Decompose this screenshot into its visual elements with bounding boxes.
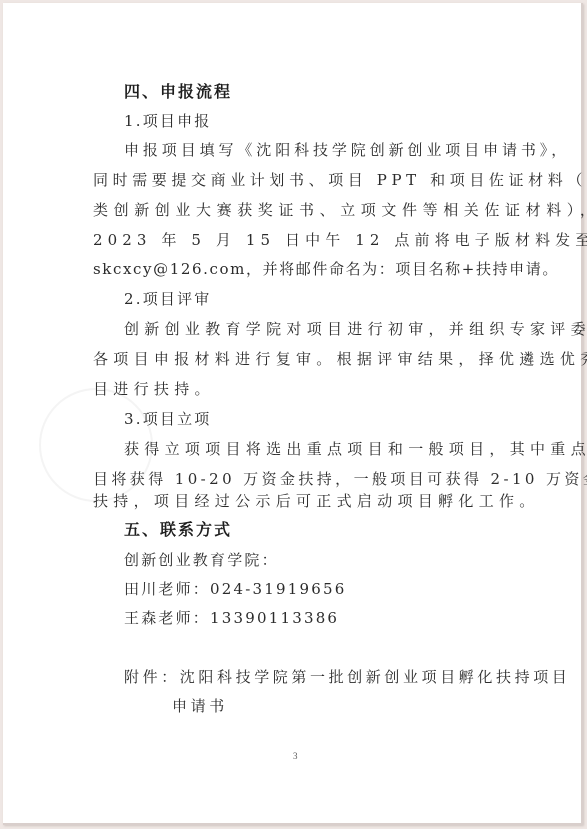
page-number: 3 (293, 751, 298, 761)
contact-wang-sen: 王森老师：13390113386 (124, 608, 534, 628)
paragraph-line: 目进行扶持。 (93, 379, 503, 399)
attachment-line: 附件：沈阳科技学院第一批创新创业项目孵化扶持项目 (124, 667, 534, 687)
section-heading-application-process: 四、申报流程 (124, 82, 534, 102)
paragraph-line: 创新创业教育学院对项目进行初审，并组织专家评委对 (124, 319, 534, 339)
paragraph-line: 2023 年 5 月 15 日中午 12 点前将电子版材料发至 (93, 230, 503, 250)
section-heading-contact: 五、联系方式 (124, 520, 534, 540)
document-page: 四、申报流程 1.项目申报 申报项目填写《沈阳科技学院创新创业项目申请书》， 同… (3, 3, 583, 825)
step-title-project-approval: 3.项目立项 (124, 409, 534, 429)
contact-organization: 创新创业教育学院： (124, 550, 534, 570)
paragraph-line: 类创新创业大赛获奖证书、立项文件等相关佐证材料），于 (93, 200, 503, 220)
paragraph-line-email: skcxcy@126.com，并将邮件命名为：项目名称+扶持申请。 (93, 259, 503, 279)
paragraph-line: 同时需要提交商业计划书、项目 PPT 和项目佐证材料（如各 (93, 170, 503, 190)
step-title-project-review: 2.项目评审 (124, 289, 534, 309)
paragraph-line: 申报项目填写《沈阳科技学院创新创业项目申请书》， (124, 140, 534, 160)
paragraph-line: 目将获得 10-20 万资金扶持，一般项目可获得 2-10 万资金 (93, 469, 503, 489)
contact-tian-chuan: 田川老师：024-31919656 (124, 579, 534, 599)
paragraph-line: 扶持，项目经过公示后可正式启动项目孵化工作。 (93, 491, 503, 511)
paragraph-line: 各项目申报材料进行复审。根据评审结果，择优遴选优秀项 (93, 349, 503, 369)
attachment-line-continuation: 申请书 (172, 696, 582, 716)
step-title-project-application: 1.项目申报 (124, 111, 534, 131)
paragraph-line: 获得立项项目将选出重点项目和一般项目，其中重点项 (124, 439, 534, 459)
